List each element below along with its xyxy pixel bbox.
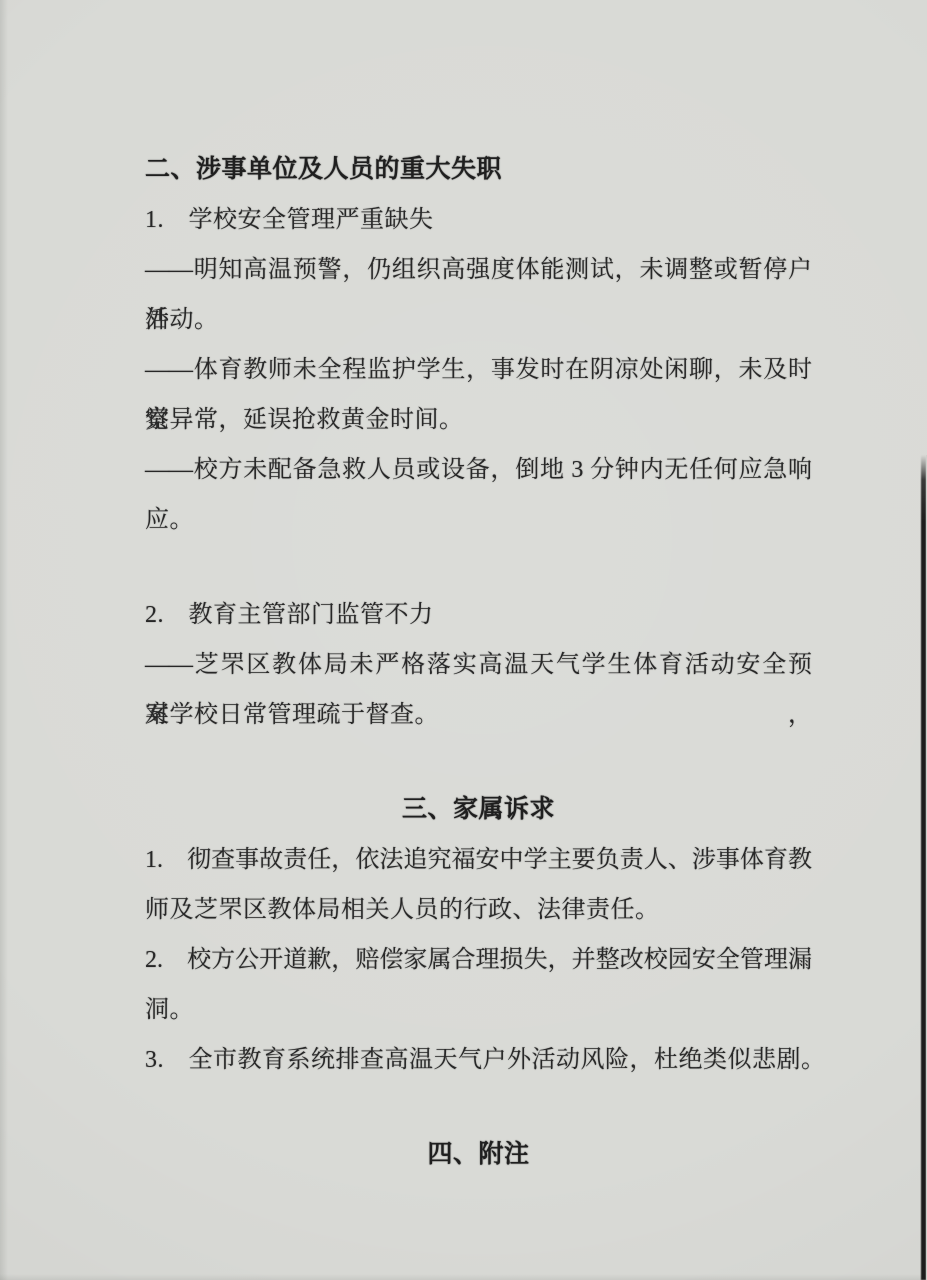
paragraph-line: 洞。 xyxy=(145,985,812,1035)
left-edge-shade xyxy=(0,0,8,1280)
section-heading-demands: 三、家属诉求 xyxy=(145,785,812,835)
document-page: 二、涉事单位及人员的重大失职 1. 学校安全管理严重缺失 ——明知高温预警，仍组… xyxy=(0,0,927,1280)
section-heading-misconduct: 二、涉事单位及人员的重大失职 xyxy=(145,145,812,195)
paragraph-line: ——明知高温预警，仍组织高强度体能测试，未调整或暂停户外 xyxy=(145,245,812,295)
paragraph-line: 觉异常，延误抢救黄金时间。 xyxy=(145,395,812,445)
item-title: 1. 学校安全管理严重缺失 xyxy=(145,195,812,245)
paragraph-line: 师及芝罘区教体局相关人员的行政、法律责任。 xyxy=(145,885,812,935)
paragraph-line: ——校方未配备急救人员或设备，倒地 3 分钟内无任何应急响 xyxy=(145,445,812,495)
paragraph-line: 3. 全市教育系统排查高温天气户外活动风险，杜绝类似悲剧。 xyxy=(145,1035,812,1085)
paragraph-line: 活动。 xyxy=(145,295,812,345)
paragraph-line: 2. 校方公开道歉，赔偿家属合理损失，并整改校园安全管理漏 xyxy=(145,935,812,985)
bottom-edge-shade xyxy=(0,1274,927,1280)
paragraph-line: ——芝罘区教体局未严格落实高温天气学生体育活动安全预案， xyxy=(145,640,812,690)
document-text-block: 二、涉事单位及人员的重大失职 1. 学校安全管理严重缺失 ——明知高温预警，仍组… xyxy=(145,0,812,1180)
section-heading-notes: 四、附注 xyxy=(145,1130,812,1180)
paragraph-line: ——体育教师未全程监护学生，事发时在阴凉处闲聊，未及时察 xyxy=(145,345,812,395)
paragraph-line: 应。 xyxy=(145,495,812,545)
item-title: 2. 教育主管部门监管不力 xyxy=(145,590,812,640)
paragraph-line: 1. 彻查事故责任，依法追究福安中学主要负责人、涉事体育教 xyxy=(145,835,812,885)
